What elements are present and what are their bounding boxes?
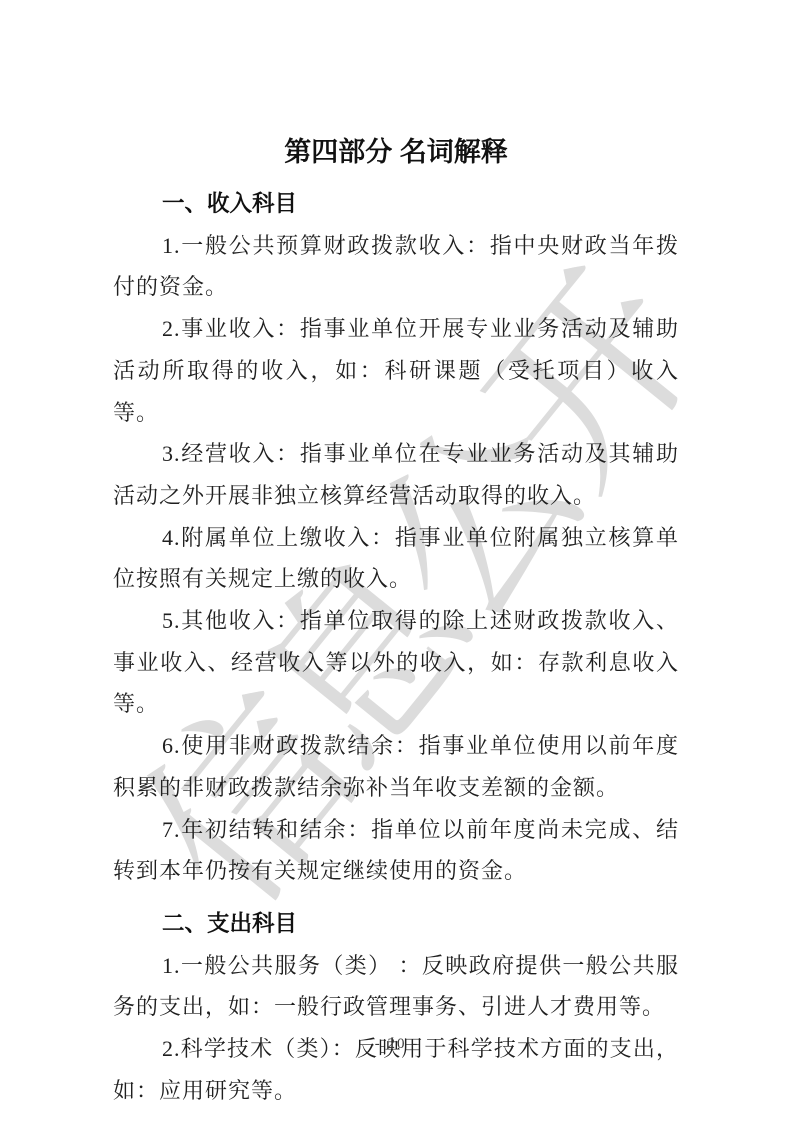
paragraph-income-5: 5.其他收入：指单位取得的除上述财政拨款收入、事业收入、经营收入等以外的收入，如… — [113, 600, 679, 725]
section-heading-income: 一、收入科目 — [113, 183, 679, 225]
page-number: - 20 - — [0, 1036, 794, 1053]
paragraph-income-6: 6.使用非财政拨款结余：指事业单位使用以前年度积累的非财政拨款结余弥补当年收支差… — [113, 725, 679, 808]
page-title: 第四部分 名词解释 — [113, 132, 679, 172]
document-body: 第四部分 名词解释 一、收入科目 1.一般公共预算财政拨款收入：指中央财政当年拨… — [113, 132, 679, 1111]
paragraph-income-7: 7.年初结转和结余：指单位以前年度尚未完成、结转到本年仍按有关规定继续使用的资金… — [113, 809, 679, 892]
paragraph-income-4: 4.附属单位上缴收入：指事业单位附属独立核算单位按照有关规定上缴的收入。 — [113, 517, 679, 600]
document-page: 信息公开 第四部分 名词解释 一、收入科目 1.一般公共预算财政拨款收入：指中央… — [0, 0, 794, 1123]
section-heading-expenditure: 二、支出科目 — [113, 903, 679, 945]
paragraph-income-1: 1.一般公共预算财政拨款收入：指中央财政当年拨付的资金。 — [113, 225, 679, 308]
paragraph-expenditure-1: 1.一般公共服务（类） ：反映政府提供一般公共服务的支出，如：一般行政管理事务、… — [113, 945, 679, 1028]
paragraph-income-2: 2.事业收入：指事业单位开展专业业务活动及辅助活动所取得的收入，如：科研课题（受… — [113, 308, 679, 433]
paragraph-income-3: 3.经营收入：指事业单位在专业业务活动及其辅助活动之外开展非独立核算经营活动取得… — [113, 433, 679, 516]
